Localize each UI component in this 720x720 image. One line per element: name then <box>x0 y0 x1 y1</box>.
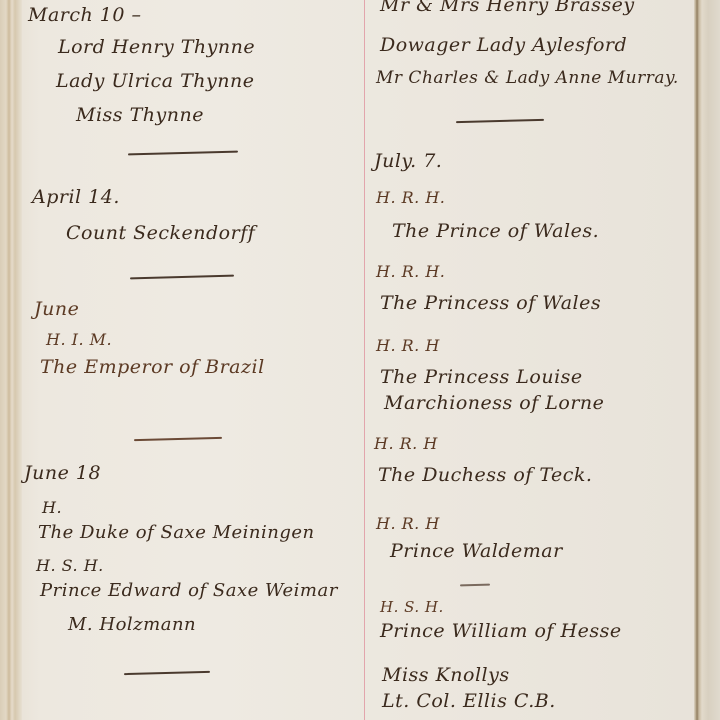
entry-title: H. S. H. <box>380 598 444 616</box>
entry-name: Miss Thynne <box>76 104 204 126</box>
entry-name: M. Holzmann <box>68 614 196 635</box>
entry-name: Lt. Col. Ellis C.B. <box>382 690 556 712</box>
entry-title: H. R. H <box>374 434 438 453</box>
entry-title: H. R. H. <box>376 188 445 207</box>
entry-name: Prince Waldemar <box>390 540 563 562</box>
entry-name: Prince Edward of Saxe Weimar <box>40 580 338 601</box>
entry-name: The Emperor of Brazil <box>40 356 265 378</box>
section-divider <box>130 275 234 280</box>
section-divider <box>134 437 222 441</box>
entry-name: The Princess of Wales <box>380 292 601 314</box>
entry-name: Miss Knollys <box>382 664 510 686</box>
entry-date: March 10 – <box>28 4 142 26</box>
entry-name: The Prince of Wales. <box>392 220 599 242</box>
entry-name: Lord Henry Thynne <box>58 36 255 58</box>
entry-name: The Princess Louise <box>380 366 583 388</box>
section-divider <box>124 671 210 675</box>
entry-name: The Duke of Saxe Meiningen <box>38 522 315 543</box>
section-divider <box>128 151 238 156</box>
entry-title: H. S. H. <box>36 556 104 575</box>
entry-date: July. 7. <box>374 150 442 172</box>
entry-name: Prince William of Hesse <box>380 620 622 642</box>
entry-name: Mr Charles & Lady Anne Murray. <box>376 68 679 88</box>
entry-name: Count Seckendorff <box>66 222 255 244</box>
register-page: March 10 – Lord Henry Thynne Lady Ulrica… <box>0 0 720 720</box>
entry-name: Marchioness of Lorne <box>384 392 604 414</box>
column-margin-rule <box>364 0 365 720</box>
entry-title: H. R. H. <box>376 262 445 281</box>
entry-title: H. R. H <box>376 336 440 355</box>
entry-date: April 14. <box>32 186 120 208</box>
section-divider <box>456 119 544 123</box>
entry-name: Dowager Lady Aylesford <box>380 34 627 56</box>
entry-date: June 18 <box>24 462 101 484</box>
entry-name: The Duchess of Teck. <box>378 464 592 486</box>
entry-title: H. I. M. <box>46 330 112 349</box>
entry-date: June <box>34 298 79 320</box>
entry-title: H. R. H <box>376 514 440 533</box>
page-edge-right <box>694 0 720 720</box>
entry-title: H. <box>42 498 62 517</box>
entry-name: Lady Ulrica Thynne <box>56 70 255 92</box>
entry-name: Mr & Mrs Henry Brassey <box>380 0 635 16</box>
section-divider <box>460 584 490 587</box>
book-binding-left <box>0 0 22 720</box>
